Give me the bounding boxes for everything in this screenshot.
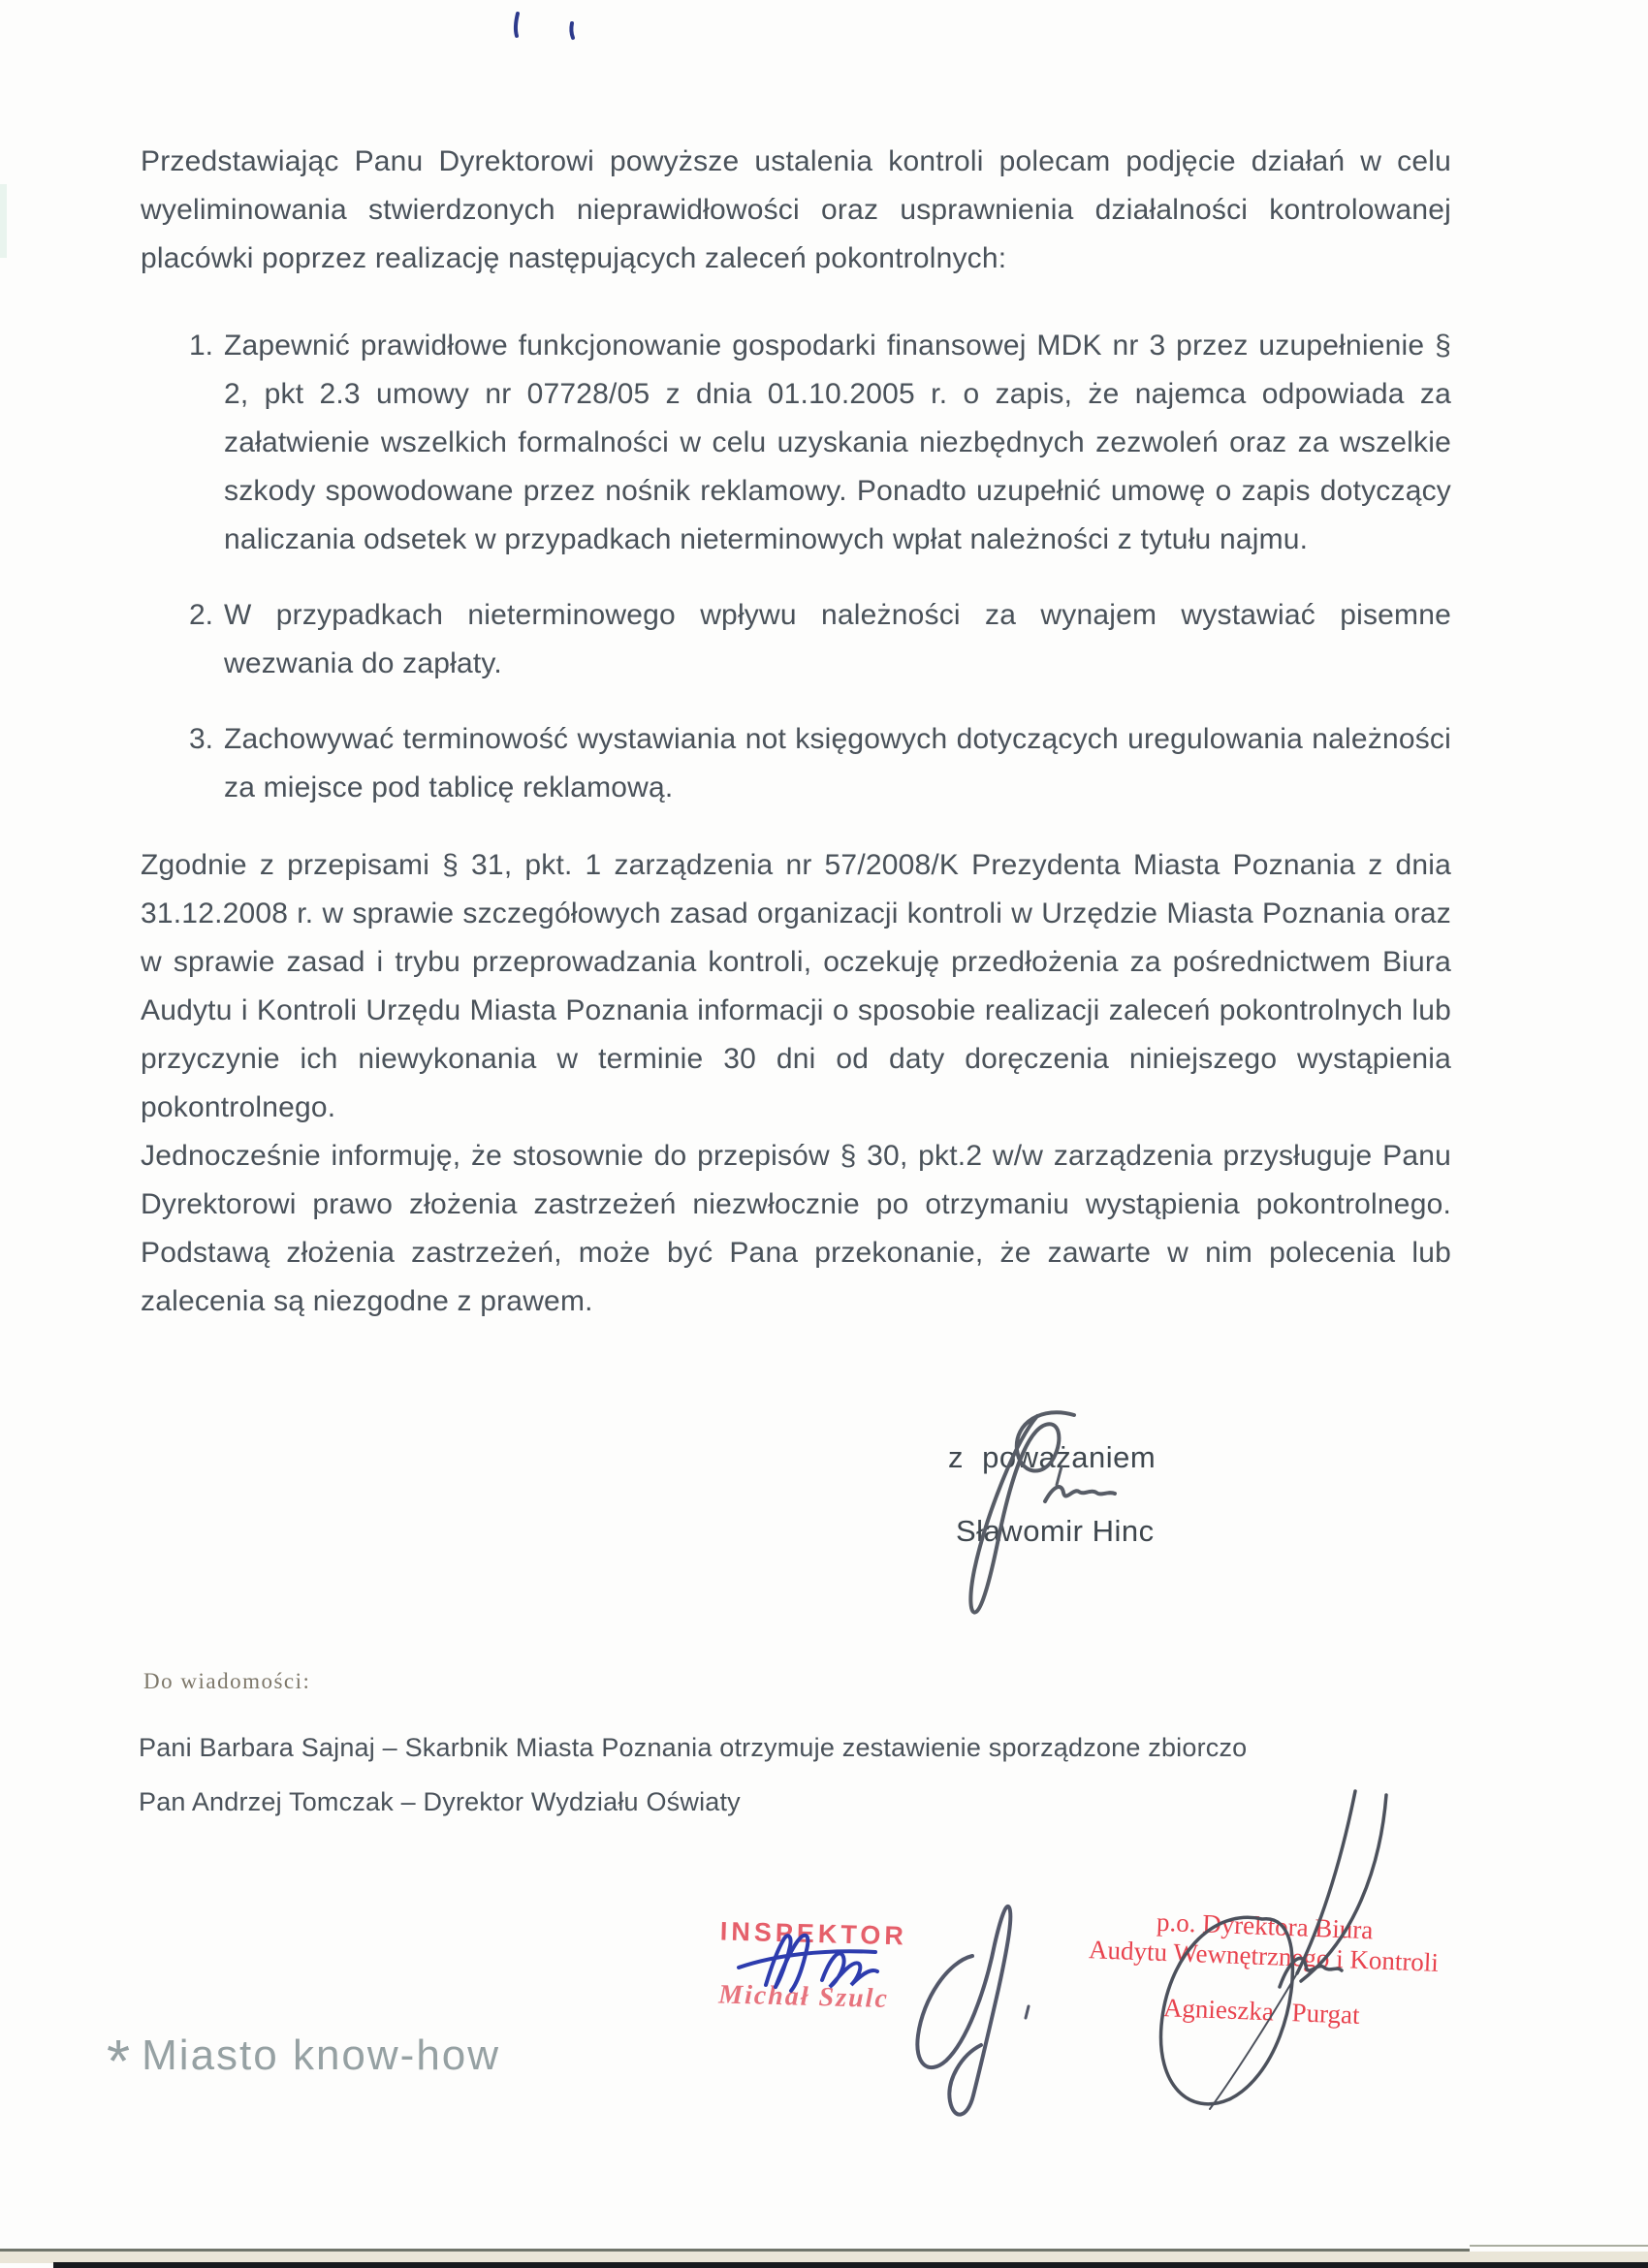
- list-item-text: W przypadkach nieterminowego wpływu nale…: [224, 591, 1451, 688]
- director-stamp-name: Agnieszka Purgat: [1072, 1989, 1451, 2033]
- scan-edge-smudge: [0, 184, 7, 258]
- scan-bottom-bar: [53, 2262, 1648, 2268]
- miasto-know-how-logo: * Miasto know-how: [107, 2032, 500, 2082]
- scanned-letter-page: Przedstawiając Panu Dyrektorowi powyższe…: [0, 0, 1648, 2268]
- asterisk-logo-icon: *: [107, 2037, 130, 2088]
- inspector-stamp-name: Michał Szulc: [718, 1979, 906, 2015]
- closing-paragraph-2: Jednocześnie informuję, że stosownie do …: [141, 1132, 1451, 1326]
- scan-bottom-line-faint: [1470, 2245, 1648, 2247]
- list-item: 3. Zachowywać terminowość wystawiania no…: [189, 715, 1451, 812]
- inspector-stamp: INSPEKTOR Michał Szulc: [718, 1916, 908, 2015]
- list-item-text: Zachowywać terminowość wystawiania not k…: [224, 715, 1451, 812]
- list-item: 1. Zapewnić prawidłowe funkcjonowanie go…: [189, 322, 1451, 564]
- list-item-number: 1.: [189, 322, 224, 564]
- signatory-name: Sławomir Hinc: [956, 1514, 1155, 1549]
- intro-paragraph: Przedstawiając Panu Dyrektorowi powyższe…: [141, 138, 1451, 283]
- cc-label: Do wiadomości:: [143, 1669, 310, 1694]
- closing-paragraphs: Zgodnie z przepisami § 31, pkt. 1 zarząd…: [141, 841, 1451, 1326]
- list-item-number: 3.: [189, 715, 224, 812]
- director-stamp: p.o. Dyrektora Biura Audytu Wewnętrznego…: [1072, 1905, 1454, 2034]
- szulc-pen-signature: [917, 1906, 1029, 2115]
- recommendations-list: 1. Zapewnić prawidłowe funkcjonowanie go…: [189, 322, 1451, 839]
- inspector-stamp-title: INSPEKTOR: [719, 1916, 907, 1951]
- logo-text: Miasto know-how: [142, 2032, 500, 2080]
- closing-paragraph-1: Zgodnie z przepisami § 31, pkt. 1 zarząd…: [141, 841, 1451, 1132]
- intro-text: Przedstawiając Panu Dyrektorowi powyższe…: [141, 138, 1451, 283]
- cc-recipient: Pani Barbara Sajnaj – Skarbnik Miasta Po…: [139, 1733, 1247, 1763]
- list-item: 2. W przypadkach nieterminowego wpływu n…: [189, 591, 1451, 688]
- list-item-number: 2.: [189, 591, 224, 688]
- list-item-text: Zapewnić prawidłowe funkcjonowanie gospo…: [224, 322, 1451, 564]
- cc-recipient: Pan Andrzej Tomczak – Dyrektor Wydziału …: [139, 1787, 741, 1817]
- valediction: z poważaniem: [948, 1440, 1156, 1475]
- pen-marks-top: [516, 14, 573, 38]
